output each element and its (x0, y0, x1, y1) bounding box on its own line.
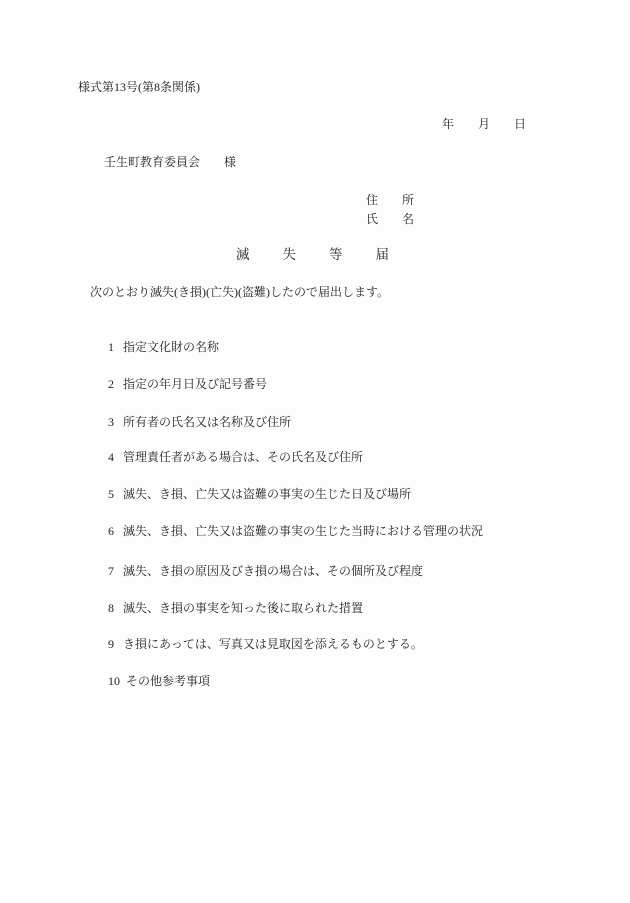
name-label: 氏 名 (366, 212, 414, 227)
list-item: 10その他参考事項 (90, 659, 210, 704)
list-item: 6滅失、き損、亡失又は盗難の事実の生じた当時における管理の状況 (90, 509, 483, 554)
address-label: 住 所 (366, 193, 414, 208)
item-text: 指定文化財の名称 (123, 340, 219, 354)
item-number: 5 (108, 487, 117, 502)
item-text: 滅失、き損、亡失又は盗難の事実の生じた当時における管理の状況 (123, 524, 483, 538)
item-text: き損にあっては、写真又は見取図を添えるものとする。 (123, 637, 423, 651)
addressee: 壬生町教育委員会 様 (104, 155, 236, 170)
item-number: 2 (108, 377, 117, 392)
item-text: 所有者の氏名又は名称及び住所 (123, 415, 291, 429)
item-number: 7 (108, 564, 117, 579)
item-number: 8 (108, 601, 117, 616)
item-number: 4 (108, 450, 117, 465)
document-page: 様式第13号(第8条関係) 年 月 日 壬生町教育委員会 様 住 所 氏 名 滅… (0, 0, 630, 903)
item-text: 滅失、き損の原因及びき損の場合は、その個所及び程度 (123, 564, 423, 578)
item-number: 10 (108, 674, 120, 689)
item-text: 滅失、き損、亡失又は盗難の事実の生じた日及び場所 (123, 487, 411, 501)
item-number: 9 (108, 637, 117, 652)
item-number: 1 (108, 340, 117, 355)
item-text: その他参考事項 (126, 674, 210, 688)
item-text: 滅失、き損の事実を知った後に取られた措置 (123, 601, 363, 615)
document-title: 滅失等届 (236, 247, 422, 262)
item-number: 3 (108, 415, 117, 430)
intro-sentence: 次のとおり滅失(き損)(亡失)(盗難)したので届出します。 (90, 285, 389, 300)
date-line: 年 月 日 (442, 117, 526, 132)
item-text: 管理責任者がある場合は、その氏名及び住所 (123, 450, 363, 464)
item-text: 指定の年月日及び記号番号 (123, 377, 267, 391)
item-number: 6 (108, 524, 117, 539)
form-number: 様式第13号(第8条関係) (78, 80, 200, 95)
